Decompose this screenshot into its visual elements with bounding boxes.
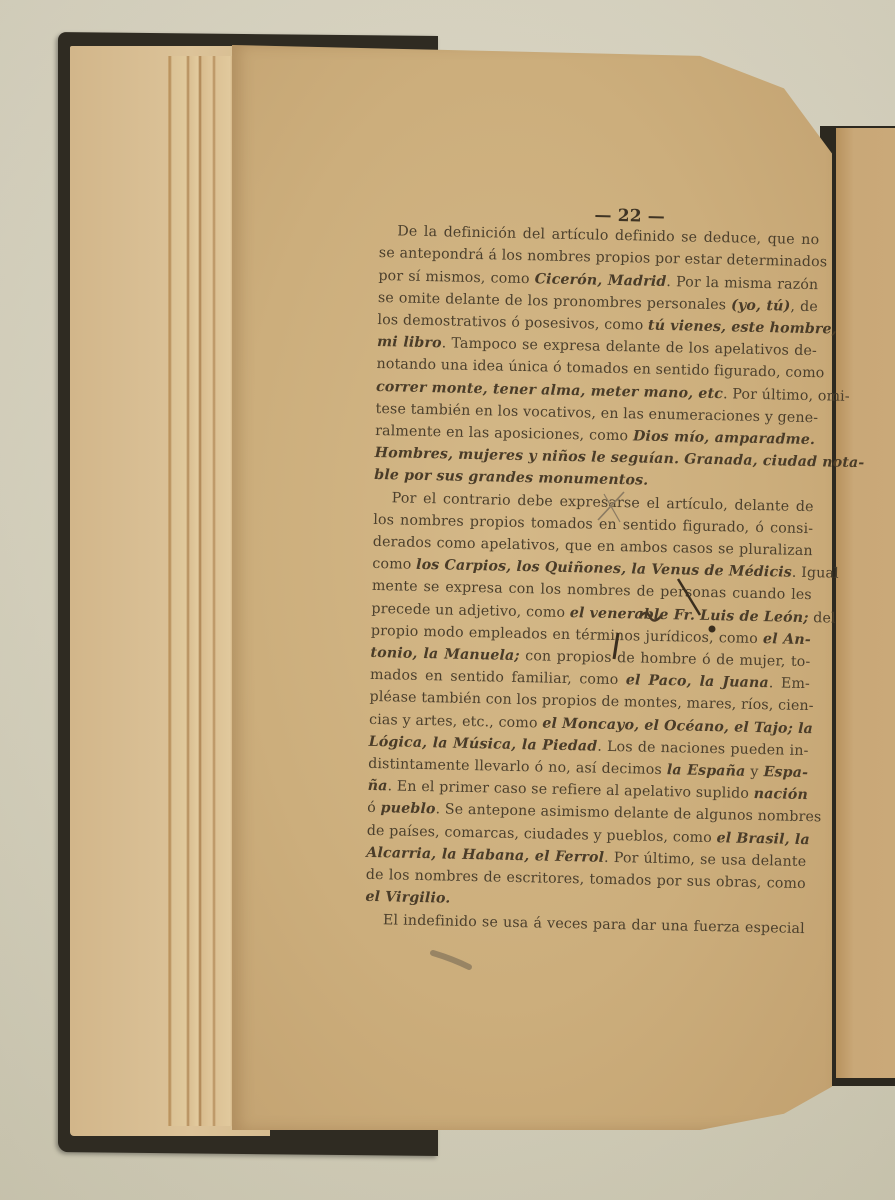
pencil-x-mark-icon <box>590 488 640 528</box>
italic-text-segment: ña <box>368 778 388 794</box>
italic-text-segment: el An- <box>763 631 811 648</box>
italic-text-segment: Espa- <box>763 764 808 781</box>
italic-text-segment: Alcarria, la Habana, el Ferrol <box>366 845 604 866</box>
text-segment: del <box>808 610 835 627</box>
text-lines: De la definición del artículo definido s… <box>365 220 820 940</box>
text-segment: . Los de naciones pueden in- <box>597 739 809 759</box>
text-segment: mados en sentido familiar, como <box>370 667 626 688</box>
italic-text-segment: el Paco, la Juana <box>626 673 769 692</box>
italic-text-segment: ble por sus grandes monumentos. <box>374 467 648 489</box>
next-page-edge <box>836 128 895 1078</box>
ink-scribble-mark-icon <box>600 575 740 665</box>
text-segment: distintamente llevarlo ó no, así decimos <box>368 756 667 778</box>
text-segment: . Por último, se usa delante <box>604 850 806 870</box>
italic-text-segment: la España <box>667 762 746 780</box>
italic-text-segment: mi libro <box>377 334 442 351</box>
text-segment: ó <box>367 800 381 816</box>
text-segment: . Em- <box>769 676 810 693</box>
text-segment: precede un adjetivo, como <box>371 601 570 621</box>
text-segment: , de <box>790 298 818 315</box>
text-segment: . Igual <box>792 565 839 582</box>
text-segment: y <box>745 764 763 780</box>
smudge-mark-icon <box>425 945 485 975</box>
italic-text-segment: (yo, tú) <box>731 297 791 314</box>
italic-text-segment: tonio, la Manuela; <box>370 645 520 664</box>
text-segment: como <box>372 556 416 573</box>
italic-text-segment: pueblo <box>380 801 435 818</box>
italic-text-segment: Dios mío, amparadme. <box>633 428 815 448</box>
italic-text-segment: el Moncayo, el Océano, el Tajo; la <box>542 715 813 737</box>
italic-text-segment: el Brasil, la <box>716 830 810 848</box>
italic-text-segment: Lógica, la Música, la Piedad <box>368 734 597 755</box>
italic-text-segment: el Virgilio. <box>365 889 450 907</box>
text-segment: los demostrativos ó posesivos, como <box>377 312 648 334</box>
text-segment: . Por la misma razón <box>666 274 818 293</box>
text-segment: cias y artes, etc., como <box>369 712 543 732</box>
text-segment: por sí mismos, como <box>378 268 535 287</box>
page-text-block: — 22 — De la definición del artículo def… <box>365 200 820 940</box>
italic-text-segment: nación <box>754 786 809 803</box>
italic-text-segment: tú vienes, este hombre, <box>648 318 837 338</box>
italic-text-segment: Cicerón, Madrid <box>535 271 667 290</box>
text-segment: . Por último, omi- <box>723 386 850 405</box>
text-segment: ralmente en las aposiciones, como <box>375 423 633 444</box>
